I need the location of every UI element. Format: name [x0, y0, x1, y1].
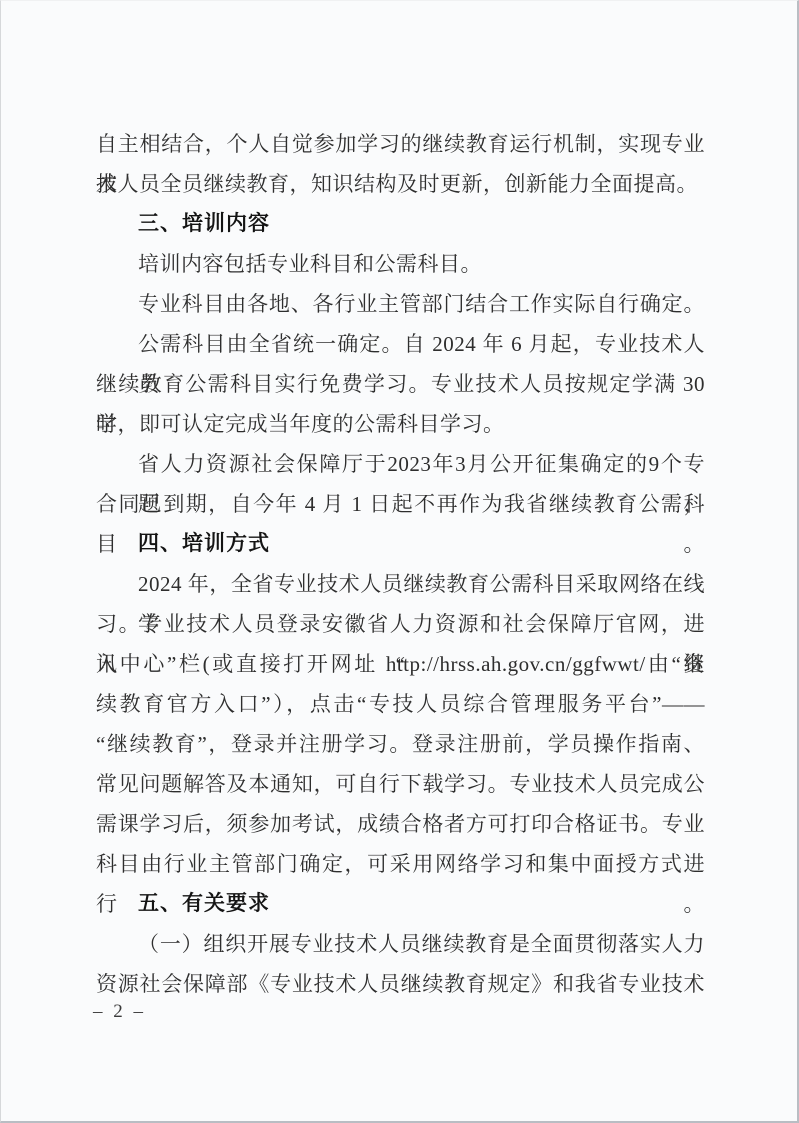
document-body: 自主相结合，个人自觉参加学习的继续教育运行机制，实现专业技 术人员全员继续教育，… — [96, 124, 705, 1004]
body-line: 需课学习后，须参加考试，成绩合格者方可打印合格证书。专业 — [96, 804, 705, 844]
body-line: 公需科目由全省统一确定。自 2024 年 6 月起，专业技术人员 — [96, 324, 705, 364]
body-line: 时，即可认定完成当年度的公需科目学习。 — [96, 404, 705, 444]
body-line: 习。专业技术人员登录安徽省人力资源和社会保障厅官网，进入“资 — [96, 604, 705, 644]
body-line: 术人员全员继续教育，知识结构及时更新，创新能力全面提高。 — [96, 164, 705, 204]
body-line: 专业科目由各地、各行业主管部门结合工作实际自行确定。 — [96, 284, 705, 324]
body-line-url: 讯中心”栏(或直接打开网址 http://hrss.ah.gov.cn/ggfw… — [96, 644, 705, 684]
body-line: 合同已到期，自今年 4 月 1 日起不再作为我省继续教育公需科目。 — [96, 484, 705, 524]
body-line: 续教育官方入口”），点击“专技人员综合管理服务平台”—— — [96, 684, 705, 724]
body-line: （一）组织开展专业技术人员继续教育是全面贯彻落实人力 — [96, 924, 705, 964]
body-line: 省人力资源社会保障厅于2023年3月公开征集确定的9个专题， — [96, 444, 705, 484]
body-line: 常见问题解答及本通知，可自行下载学习。专业技术人员完成公 — [96, 764, 705, 804]
body-line: “继续教育”，登录并注册学习。登录注册前，学员操作指南、 — [96, 724, 705, 764]
body-line: 培训内容包括专业科目和公需科目。 — [96, 244, 705, 284]
page-number: – 2 – — [93, 997, 146, 1027]
body-line: 2024 年，全省专业技术人员继续教育公需科目采取网络在线学 — [96, 564, 705, 604]
body-line: 自主相结合，个人自觉参加学习的继续教育运行机制，实现专业技 — [96, 124, 705, 164]
section-heading: 三、培训内容 — [96, 204, 705, 244]
body-line: 继续教育公需科目实行免费学习。专业技术人员按规定学满 30 学 — [96, 364, 705, 404]
body-line: 资源社会保障部《专业技术人员继续教育规定》和我省专业技术 — [96, 964, 705, 1004]
document-page: 自主相结合，个人自觉参加学习的继续教育运行机制，实现专业技 术人员全员继续教育，… — [0, 0, 799, 1123]
body-line: 科目由行业主管部门确定，可采用网络学习和集中面授方式进行。 — [96, 844, 705, 884]
